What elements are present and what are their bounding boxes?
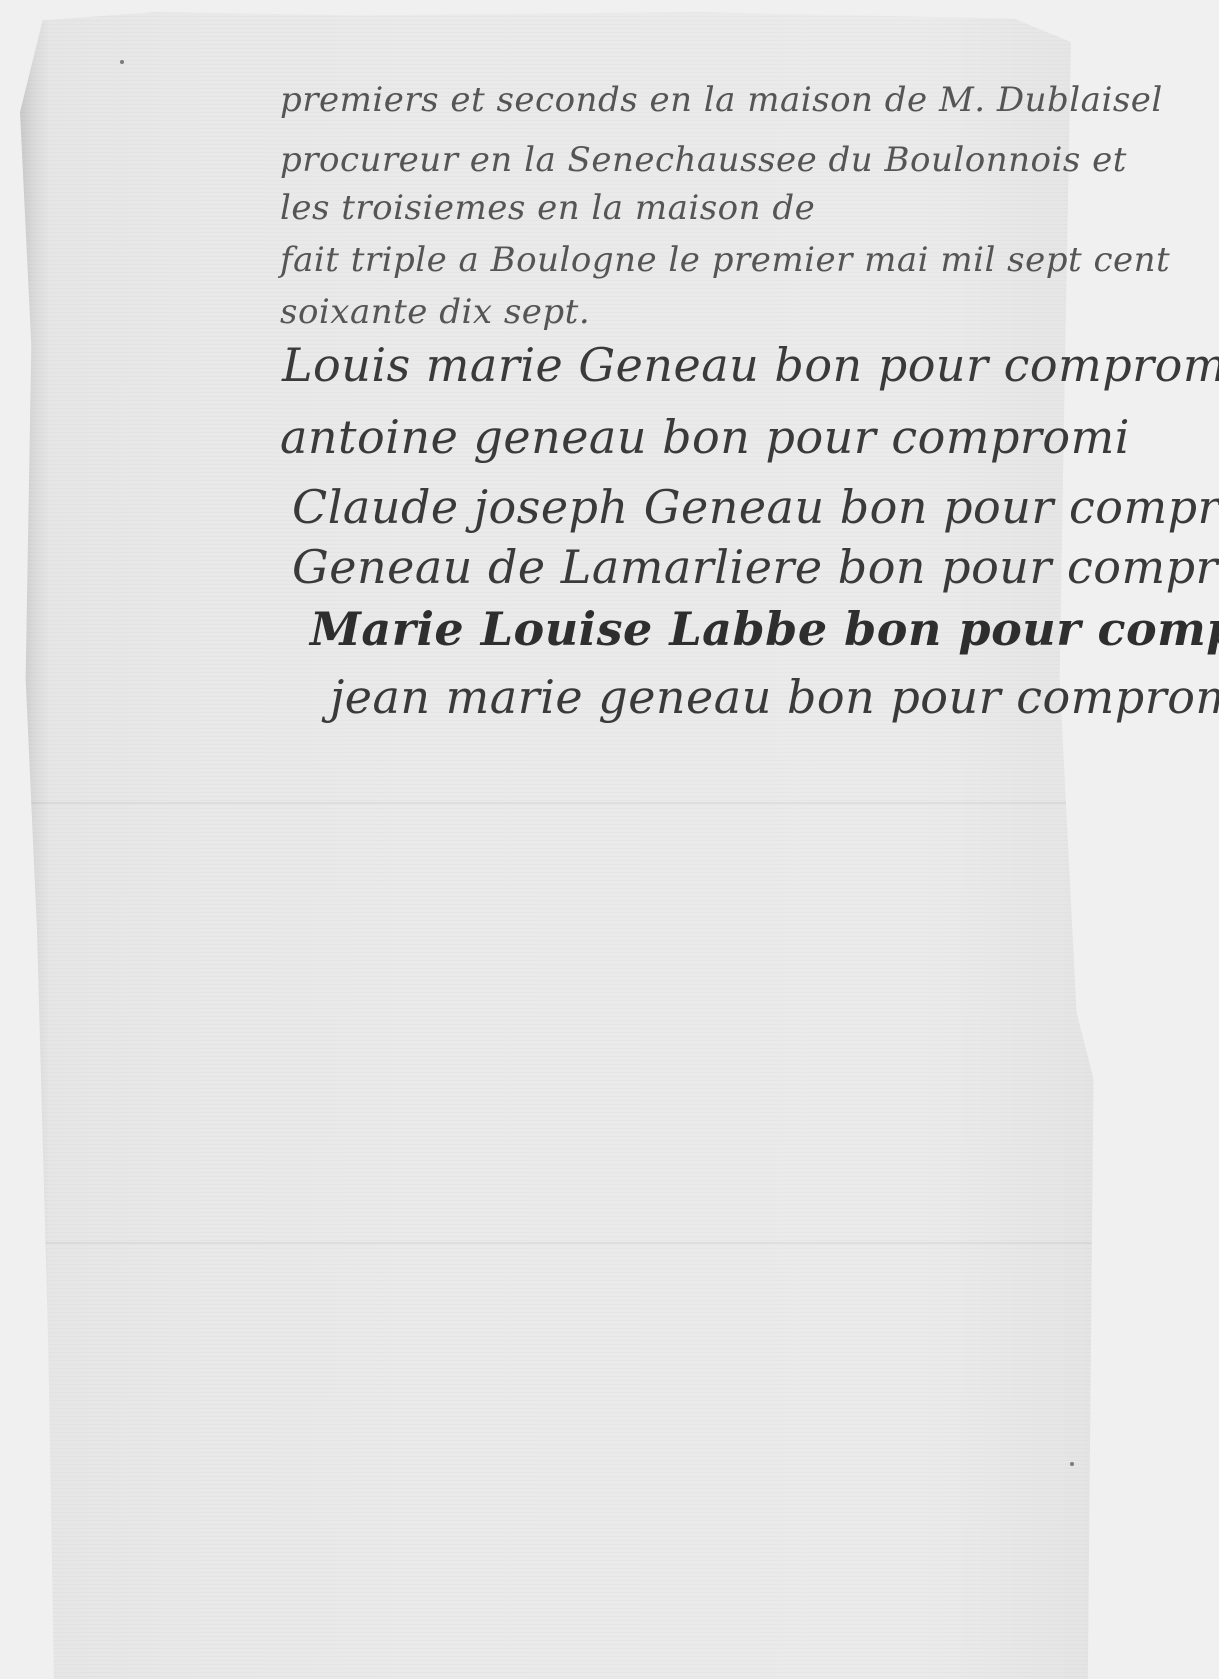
paper-fold: [20, 1242, 1150, 1244]
signature-line: antoine geneau bon pour compromi: [280, 410, 1130, 464]
ink-speck: [120, 60, 124, 64]
body-line: procureur en la Senechaussee du Boulonno…: [280, 140, 1127, 180]
signature-line: Louis marie Geneau bon pour compromi: [282, 338, 1219, 392]
signature-line: Claude joseph Geneau bon pour compromi: [292, 480, 1219, 534]
body-line: les troisiemes en la maison de: [280, 188, 815, 228]
body-line: premiers et seconds en la maison de M. D…: [280, 80, 1163, 120]
paper-fold: [20, 802, 1150, 804]
signature-line: Geneau de Lamarliere bon pour compromy: [292, 540, 1219, 594]
signature-line: Marie Louise Labbe bon pour compromi: [310, 602, 1219, 656]
body-line: soixante dix sept.: [280, 292, 590, 332]
body-line: fait triple a Boulogne le premier mai mi…: [280, 240, 1170, 280]
ink-speck: [1070, 1462, 1074, 1466]
signature-line: jean marie geneau bon pour compromi: [330, 670, 1219, 724]
